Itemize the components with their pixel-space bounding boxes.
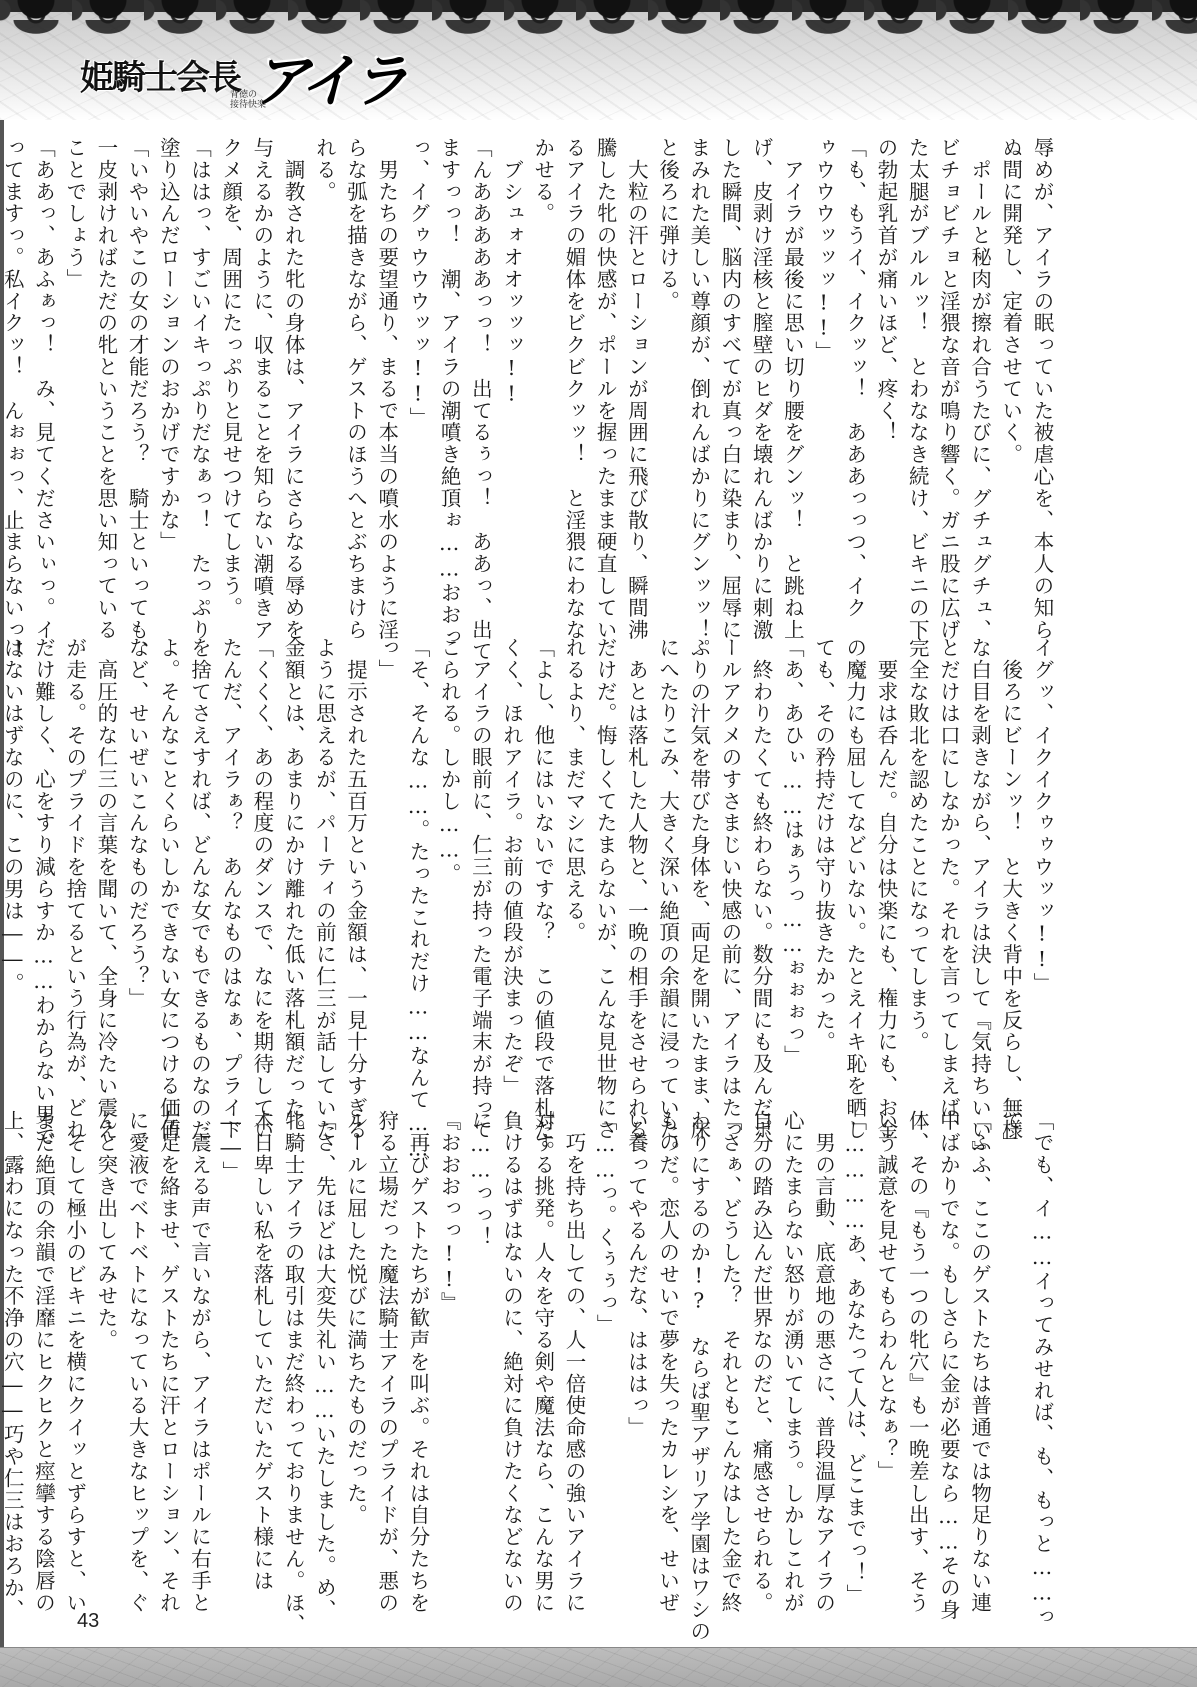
text-line: んと突き出してみせた。 [90,1110,121,1560]
text-line: 「よし、他にはいないですな？ この値段で落札だ。 [527,637,558,1092]
text-line: 心にたまらない怒りが湧いてしまう。しかしこれが [776,1110,807,1560]
text-line: 「さ、先ほどは大変失礼い……いたしました。め、 [308,1110,339,1560]
text-line: 「も、もうイ、イクッッ！ あああっっつ、イク [839,137,870,607]
text-line: だけだ。悔しくてたまらないが、こんな見世物にさ [589,637,620,1092]
text-line: 調教された牝の身体は、アイラにさらなる辱めを [277,137,308,607]
text-line: 男の言動、底意地の悪さに、普段温厚なアイラの [807,1110,838,1560]
text-line: 大粒の汗とローションが周囲に飛び散り、瞬間沸 [620,137,651,607]
subtitle-line-2: 接待快楽 [230,100,280,110]
text-block-bottom: 「でも、イ……イってみせれば、も、もっと……って」「ふふ、ここのゲストたちは普通… [47,1110,1057,1560]
text-line: ポールと秘肉が擦れ合うたびに、グチュグチュ、 [963,137,994,607]
text-line: 「ははっ、すごいイキっぷりだなぁっ！ たっぷり [183,137,214,607]
text-line: 塗り込んだローションのおかげですかな」 [152,137,183,607]
text-line: ように思えるが、パーティの前に仁三が話していた [308,637,339,1092]
text-block-middle: イグッ、イクイクゥゥウッッ!!」 後ろにビーンッ！ と大きく背中を反らし、無様な… [57,637,1057,1092]
text-line: よ。そんなことくらいしかできない女につける価値 [152,637,183,1092]
text-line: だけ難しく、心をすり減らすか……わからない男で [27,637,58,1092]
text-line: まみれた美しい尊顔が、倒れんばかりにグンッッ！ [683,137,714,607]
text-line: そして極小のビキニを横にクイッとずらすと、い [59,1110,90,1560]
text-line: れるより、まだマシに思える。 [558,637,589,1092]
text-line: ぬ間に開発し、定着させていく。 [995,137,1026,607]
text-line: 完全な敗北を認めたことになってしまう。 [901,637,932,1092]
text-line: っ、イグゥウウウッッ!!」 [402,137,433,607]
text-line: ても、その矜持だけは守り抜きたかった。 [807,637,838,1092]
text-line: の魔力にも屈してなどいない。たとえイキ恥を晒し [839,637,870,1092]
text-line: いう誠意を見せてもらわんとなぁ？」 [870,1110,901,1560]
text-line: ますっっ！ 潮、アイラの潮噴き絶頂ぉ……おおっ [433,137,464,607]
text-line: の勃起乳首が痛いほど、疼く！ [870,137,901,607]
page-number: 43 [77,1610,99,1633]
text-line: あとは落札した人物と、一晩の相手をさせられる [620,637,651,1092]
text-line: 中ばかりでな。もしさらに金が必要なら……その身 [932,1110,963,1560]
text-line: 「いやいやこの女の才能だろう？ 騎士といっても、 [121,137,152,607]
text-line: はないはずなのに、この男は――。 [0,637,27,1092]
text-line: 牝騎士アイラの取引はまだ終わっておりません。ほ、 [277,1110,308,1560]
text-line: 金額とは、あまりにかけ離れた低い落札額だった。 [277,637,308,1092]
text-line: かせる。 [527,137,558,607]
text-line: 騰した牝の快感が、ポールを握ったまま硬直してい [589,137,620,607]
text-line: 「あ、あひぃ……はぁうっ……ぉぉぉっ」 [776,637,807,1092]
text-line: 「……っ。くぅぅっ」 [589,1110,620,1560]
text-line: れる。 [308,137,339,607]
text-line: ールアクメのすさまじい快感の前に、アイラはたっ [714,637,745,1092]
text-line: 終わりたくても終わらない。数分間にも及んだポ [745,637,776,1092]
text-line: 「そ、そんな……。たったこれだけ……なんて…… [402,637,433,1092]
text-line: 男たちの要望通り、まるで本当の噴水のように淫 [371,137,402,607]
text-line: ことでしょう」 [59,137,90,607]
title-subtitle: 背徳の 接待快楽 [230,90,280,110]
text-line: クメ顔を、周囲にたっぷりと見せつけてしまう。 [215,137,246,607]
text-block-top: 辱めが、アイラの眠っていた被虐心を、本人の知らぬ間に開発し、定着させていく。 ポ… [57,137,1057,607]
text-line: 高圧的な仁三の言葉を聞いて、全身に冷たい震え [90,637,121,1092]
text-line: い養ってやるんだな、はははっ」 [620,1110,651,1560]
text-line: 後ろにビーンッ！ と大きく背中を反らし、無様 [995,637,1026,1092]
text-line: 一皮剥ければただの牝ということを思い知っている [90,137,121,607]
text-line: 再びゲストたちが歓声を叫ぶ。それは自分たちを [402,1110,433,1560]
text-line: くく、ほれアイラ。お前の値段が決まったぞ」 [495,637,526,1092]
text-line: な白目を剥きながら、アイラは決して『気持ちいい』 [963,637,994,1092]
text-line: ゥウウウッッッ!!」 [807,137,838,607]
text-line: まだ絶頂の余韻で淫靡にヒクヒクと痙攣する陰唇の [27,1110,58,1560]
text-line: 巧を持ち出しての、人一倍使命感の強いアイラに [558,1110,589,1560]
text-line: 「でも、イ……イってみせれば、も、もっと……っ [1026,1110,1057,1560]
text-line: 提示された五百万という金額は、一見十分すぎる [339,637,370,1092]
text-line: など、せいぜいこんなものだろう？」 [121,637,152,1092]
text-line: ブシュォオオッッッ!! [495,137,526,607]
text-line: っ」 [371,637,402,1092]
text-line: 「くくく、あの程度のダンスで、なにを期待してい [246,637,277,1092]
text-line: らな弧を描きながら、ゲストのほうへとぶちまけら [339,137,370,607]
text-line: 「さぁ、どうした？ それともこんなはした金で終 [714,1110,745,1560]
text-line: 自分の踏み込んだ世界なのだと、痛感させられる。 [745,1110,776,1560]
text-line: るアイラの媚体をビクビクッッ！ と淫猥にわなな [558,137,589,607]
text-line: に……っっ！ [464,1110,495,1560]
text-line: ルールに屈した悦びに満ちたものだった。 [339,1110,370,1560]
text-line: 「ふふ、ここのゲストたちは普通では物足りない連 [963,1110,994,1560]
text-line: 体、その『もう一つの牝穴』も一晩差し出す、そう [901,1110,932,1560]
text-line: 要求は呑んだ。自分は快楽にも、権力にも、お金 [870,637,901,1092]
text-line: イグッ、イクイクゥゥウッッ!!」 [1026,637,1057,1092]
text-line: 上、露わになった不浄の穴――巧や仁三はおろか、 [0,1110,27,1560]
text-line: こられる。しかし……。 [433,637,464,1092]
text-line: に愛液でベトベトになっている大きなヒップを、ぐ [121,1110,152,1560]
text-line: 対する挑発。人々を守る剣や魔法なら、こんな男に [527,1110,558,1560]
text-line: ものだ。恋人のせいで夢を失ったカレシを、せいぜ [651,1110,682,1560]
text-line: 「んあああああっっ！ 出てるぅっ！ ああっ、出て [464,137,495,607]
text-line: した瞬間、脳内のすべてが真っ白に染まり、屈辱に [714,137,745,607]
text-line: 負けるはずはないのに、絶対に負けたくなどないの [495,1110,526,1560]
text-line: 辱めが、アイラの眠っていた被虐心を、本人の知ら [1026,137,1057,607]
text-line: とだけは口にしなかった。それを言ってしまえば、 [932,637,963,1092]
text-line: が走る。そのプライドを捨てるという行為が、どれ [59,637,90,1092]
footer-texture-band [0,1647,1197,1687]
text-line: にへたりこみ、大きく深い絶頂の余韻に浸っていた。 [651,637,682,1092]
text-line: たんだ、アイラぁ？ あんなものはなぁ、プライド [215,637,246,1092]
text-line: ぷりの汁気を帯びた身体を、両足を開いたまま、床 [683,637,714,1092]
text-line: 左足を絡ませ、ゲストたちに汗とローション、それ [152,1110,183,1560]
text-line: アイラの眼前に、仁三が持った電子端末が持って [464,637,495,1092]
text-line: 「…………あ、あなたって人は、どこまでっ！」 [839,1110,870,1560]
text-line: た太腿がブルルッ！ とわななき続け、ビキニの下 [901,137,932,607]
text-line: アイラが最後に思い切り腰をグンッ！ と跳ね上 [776,137,807,607]
text-line: と後ろに弾ける。 [651,137,682,607]
header-band: 姫騎士会長 アイラ 背徳の 接待快楽 [0,0,1197,120]
text-line: 与えるかのように、収まることを知らない潮噴きア [246,137,277,607]
text-line: を捨てさえすれば、どんな女でもできるものなのだ [183,637,214,1092]
text-line: ビチョビチョと淫猥な音が鳴り響く。ガニ股に広げ [932,137,963,607]
text-line: 狩る立場だった魔法騎士アイラのプライドが、悪の [371,1110,402,1560]
text-line: 震える声で言いながら、アイラはポールに右手と [183,1110,214,1560]
text-line: げ、皮剥け淫核と膣壁のヒダを壊れんばかりに刺激 [745,137,776,607]
subtitle-line-1: 背徳の [230,90,280,100]
text-line: て」 [995,1110,1026,1560]
text-line: 「ああっ、あふぁっ！ み、見てくださいぃっ。イ [27,137,58,607]
title-logo-kanji: 姫騎士会長 [80,50,240,99]
text-line: わりにするのか!? ならば聖アザリア学園はワシの [683,1110,714,1560]
text-line: ――」 [215,1110,246,1560]
text-line: 『おおおっっ!!』 [433,1110,464,1560]
lace-scallop-decoration [0,20,1197,42]
text-line: 本日卑しい私を落札していただいたゲスト様には [246,1110,277,1560]
text-line: ってますっ。私イクッ！ んぉぉっ、止まらないっ！ [0,137,27,607]
